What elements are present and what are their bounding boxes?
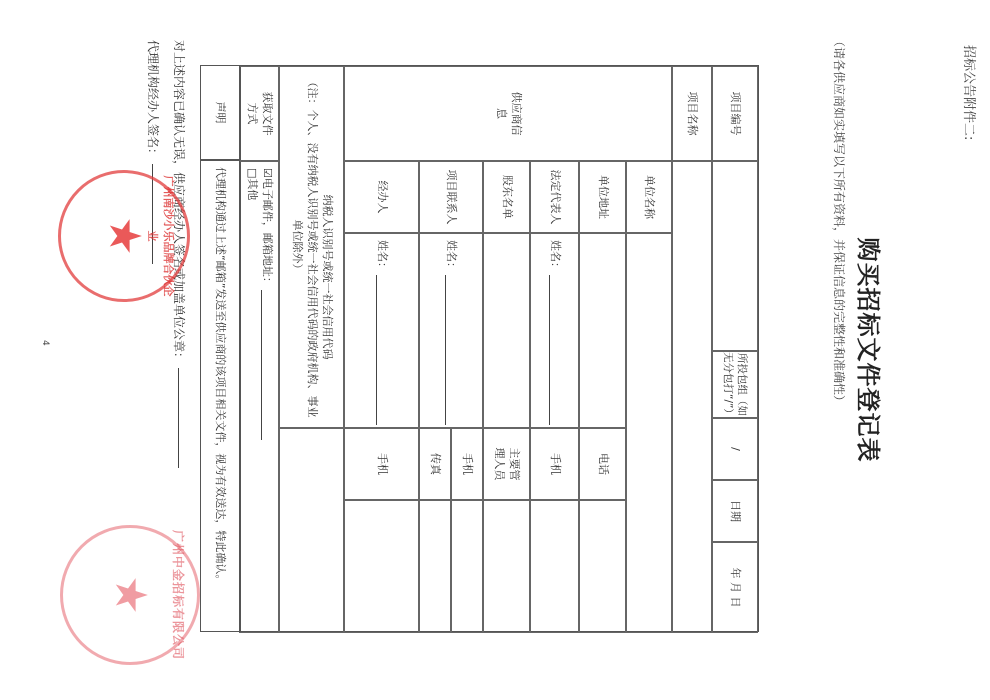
project-name-label: 项目名称	[672, 66, 712, 161]
statement-text: 代理机构通过上述“邮箱”发送至供应商的该项目相关文件，视为有效送达，特此确认。	[200, 160, 240, 632]
legal-rep-label: 法定代表人	[530, 161, 579, 233]
shareholders-label: 股东名单	[483, 161, 530, 233]
acquisition-label: 获取文件方式	[239, 66, 279, 161]
document-page: 招标公告附件二: 购买招标文件登记表 （请各供应商如实填写以下所有资料，并保证信…	[0, 0, 990, 700]
form-instructions: （请各供应商如实填写以下所有资料，并保证信息的完整性和准确性）	[831, 35, 848, 407]
page-number: 4	[40, 340, 50, 346]
name-underline	[446, 275, 457, 425]
name-underline	[376, 275, 387, 425]
project-contact-name-field[interactable]: 姓名：	[419, 233, 483, 428]
handler-name-field[interactable]: 姓名：	[344, 233, 419, 428]
tax-id-field[interactable]	[279, 428, 344, 633]
date-label: 日期	[712, 480, 758, 542]
project-contact-mobile-label: 手机	[451, 428, 483, 500]
name-prefix: 姓名：	[374, 240, 389, 273]
legal-rep-mobile-field[interactable]	[530, 500, 579, 633]
name-prefix: 姓名：	[444, 240, 459, 273]
company-name-field[interactable]	[626, 233, 672, 633]
fax-label: 传真	[419, 428, 451, 500]
annex-label: 招标公告附件二:	[961, 45, 980, 140]
phone-field[interactable]	[579, 500, 626, 633]
agent-sign-text: 代理机构经办人签名：	[146, 40, 160, 160]
supplier-section-label: 供应商信息	[344, 66, 672, 161]
project-no-label: 项目编号	[712, 66, 758, 161]
project-contact-label: 项目联系人	[419, 161, 483, 233]
tax-id-label-cell: 纳税人识别号或统一社会信用代码 （注：个人、没有纳税人识别号或统一社会信用代码的…	[279, 66, 344, 428]
company-name-label: 单位名称	[626, 161, 672, 233]
project-name-field[interactable]	[672, 161, 712, 633]
name-underline	[549, 275, 560, 425]
handler-mobile-field[interactable]	[344, 500, 419, 633]
fax-field[interactable]	[419, 500, 451, 633]
confirm-signature-field[interactable]	[178, 368, 179, 468]
email-option-checkbox[interactable]: ☑电子邮件，邮箱地址：	[261, 168, 274, 288]
email-address-field[interactable]	[261, 290, 272, 440]
handler-mobile-label: 手机	[344, 428, 419, 500]
key-personnel-label: 主要管理人员	[483, 428, 530, 500]
legal-rep-name-field[interactable]: 姓名：	[530, 233, 579, 428]
shareholders-field[interactable]	[483, 233, 530, 428]
legal-rep-mobile-label: 手机	[530, 428, 579, 500]
acquisition-options: ☑电子邮件，邮箱地址： □其他	[239, 161, 279, 633]
registration-table: 项目编号 所投包组（如无分包打“/”） / 日期 年 月 日 项目名称 供应商信…	[240, 65, 759, 632]
date-field[interactable]: 年 月 日	[712, 542, 758, 633]
tax-id-label: 纳税人识别号或统一社会信用代码	[319, 135, 334, 360]
name-prefix: 姓名：	[547, 240, 562, 273]
package-label: 所投包组（如无分包打“/”）	[712, 351, 758, 418]
company-address-field[interactable]	[579, 233, 626, 428]
page-title: 购买招标文件登记表	[853, 0, 888, 700]
project-no-field[interactable]	[712, 161, 758, 351]
company-address-label: 单位地址	[579, 161, 626, 233]
package-field[interactable]: /	[712, 418, 758, 480]
star-icon: ★	[102, 216, 146, 255]
agency-seal-text: 广州中金招标有限公司	[170, 528, 187, 662]
project-contact-mobile-field[interactable]	[451, 500, 483, 633]
statement-label: 声明	[200, 65, 240, 160]
key-personnel-field[interactable]	[483, 500, 530, 633]
supplier-seal: 广州南沙小乐品牌合伙企业 ★	[58, 170, 190, 302]
phone-label: 电话	[579, 428, 626, 500]
tax-id-note: （注：个人、没有纳税人识别号或统一社会信用代码的政府机构、事业单位除外）	[289, 75, 319, 419]
agency-seal: 广州中金招标有限公司 ★	[60, 525, 200, 665]
other-option-checkbox[interactable]: □其他	[244, 168, 259, 200]
star-icon: ★	[108, 575, 152, 614]
handler-label: 经办人	[344, 161, 419, 233]
